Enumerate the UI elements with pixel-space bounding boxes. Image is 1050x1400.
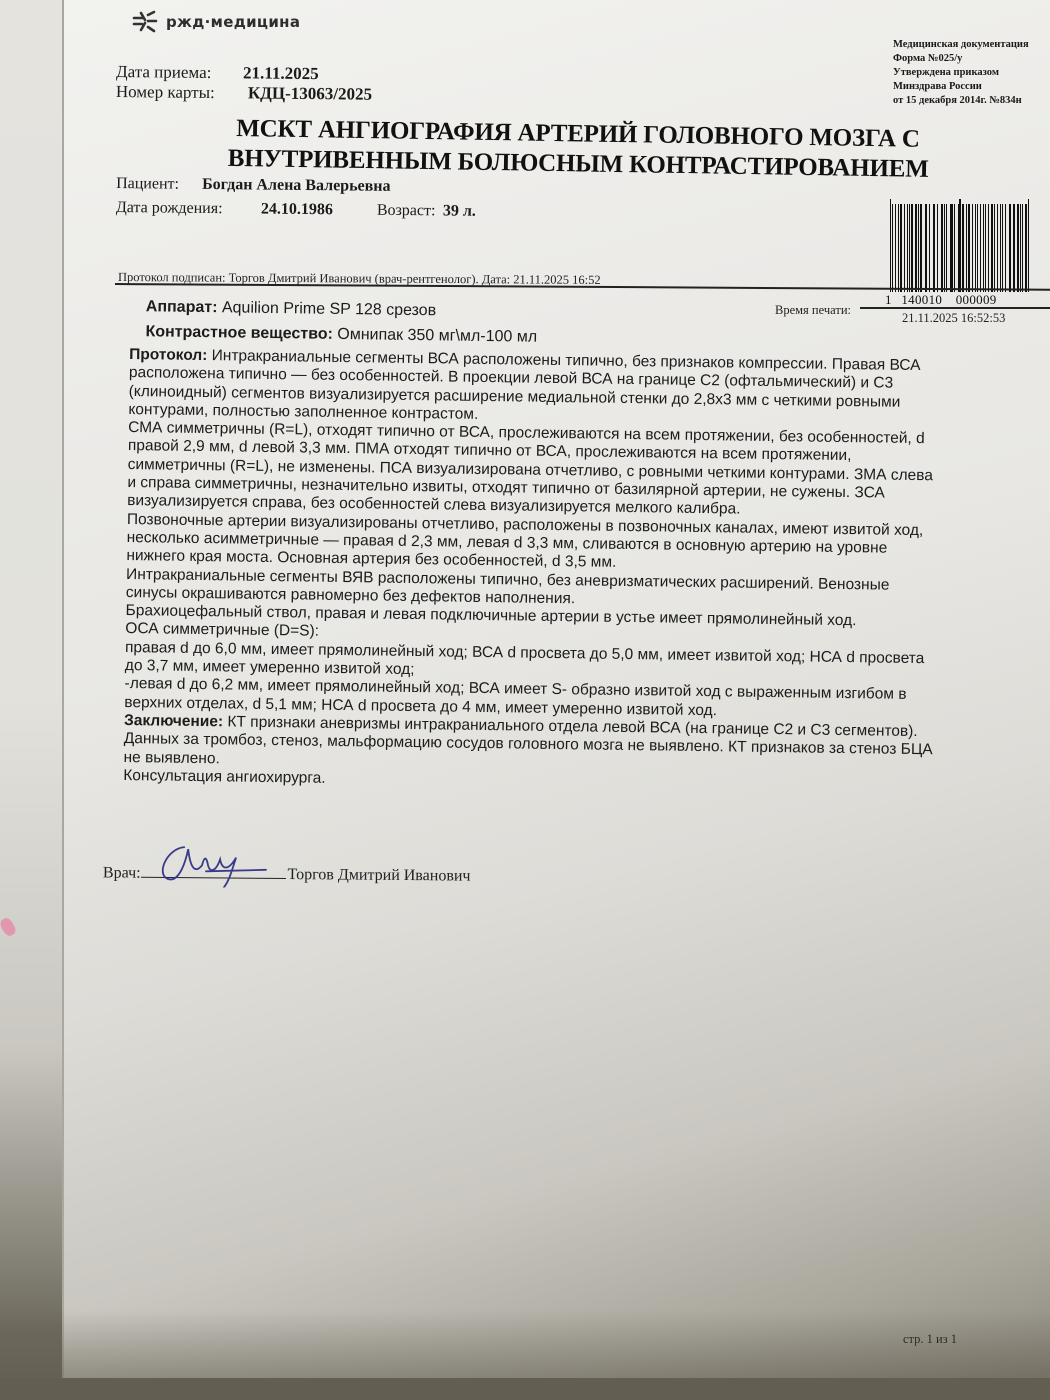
barcode-bar <box>977 204 978 292</box>
barcode-bar <box>966 204 967 292</box>
barcode-bar <box>929 204 930 292</box>
contrast-value: Омнипак 350 мг\мл-100 мл <box>337 326 537 346</box>
form-note-line: Медицинская документация <box>893 38 1048 52</box>
barcode-bar <box>1028 199 1029 292</box>
barcode-bar <box>968 204 970 292</box>
barcode-bar <box>972 204 973 292</box>
form-note-line: от 15 декабря 2014г. №834н <box>893 94 1048 108</box>
barcode-bar <box>1005 204 1006 292</box>
card-number-value: КДЦ-13063/2025 <box>248 81 372 106</box>
barcode-bar <box>1010 204 1011 292</box>
age-label: Возраст: <box>377 199 443 224</box>
protocol-lines: расположена типично — без особенностей. … <box>124 364 1029 724</box>
patient-name-label: Пациент: <box>116 172 202 197</box>
age-value: 39 л. <box>443 199 476 223</box>
barcode-bar <box>900 204 902 292</box>
conclusion-label: Заключение: <box>124 712 223 730</box>
barcode-bar <box>895 204 896 292</box>
barcode-bar <box>983 204 984 292</box>
barcode-bar <box>1009 204 1010 292</box>
rzd-logo-icon <box>132 10 158 34</box>
form-note-line: Форма №025/у <box>893 52 1048 66</box>
barcode-bar <box>1017 204 1018 292</box>
barcode-bar <box>926 204 927 292</box>
patient-name-value: Богдан Алена Валерьевна <box>202 173 391 199</box>
barcode-bar <box>934 204 935 292</box>
visit-info: Дата приема: 21.11.2025 Номер карты: КДЦ… <box>116 60 373 107</box>
barcode-bar <box>918 204 919 292</box>
barcode-bar <box>907 204 908 292</box>
clinic-logo: ржд·медицина <box>132 10 300 34</box>
background-surface <box>0 0 65 1400</box>
barcode-bar <box>991 204 993 292</box>
barcode-bar <box>1022 204 1023 292</box>
protocol-section: Протокол: Интракраниальные сегменты ВСА … <box>124 346 1029 724</box>
barcode <box>890 204 1030 292</box>
barcode-bar <box>925 204 926 292</box>
barcode-bar <box>909 204 910 292</box>
logo-text: ржд·медицина <box>166 13 300 31</box>
barcode-bar <box>1020 204 1021 292</box>
barcode-bar <box>975 204 976 292</box>
card-number-label: Номер карты: <box>116 80 248 105</box>
barcode-digits-right: 000009 <box>956 292 997 307</box>
barcode-bar <box>920 204 922 292</box>
device-label: Аппарат: <box>146 298 218 316</box>
barcode-bar <box>937 204 938 292</box>
doctor-name: Торгов Дмитрий Иванович <box>288 866 471 886</box>
device-value: Aquilion Prime SP 128 срезов <box>222 299 436 319</box>
barcode-bar <box>890 199 891 292</box>
barcode-bar <box>980 204 981 292</box>
doctor-signature-row: Врач: Торгов Дмитрий Иванович <box>103 856 471 885</box>
form-note-line: Утверждена приказом <box>893 66 1048 80</box>
barcode-bar <box>904 204 905 292</box>
card-number-row: Номер карты: КДЦ-13063/2025 <box>116 80 372 107</box>
barcode-bar <box>915 204 916 292</box>
barcode-digit-left: 1 <box>885 292 892 307</box>
protocol-label: Протокол: <box>129 346 207 364</box>
barcode-bar <box>892 204 893 292</box>
barcode-bar <box>1000 204 1001 292</box>
barcode-bar <box>950 204 951 292</box>
barcode-digits-mid: 140010 <box>901 292 942 307</box>
dob-label: Дата рождения: <box>116 196 261 222</box>
barcode-bar <box>1013 204 1015 292</box>
patient-dob-row: Дата рождения: 24.10.1986 Возраст: 39 л. <box>116 196 476 224</box>
barcode-bar <box>997 204 998 292</box>
barcode-bar <box>994 204 995 292</box>
barcode-bar <box>954 204 955 292</box>
dob-value: 24.10.1986 <box>261 198 377 223</box>
barcode-bar <box>958 204 959 292</box>
barcode-bar <box>985 204 986 292</box>
patient-info: Пациент: Богдан Алена Валерьевна Дата ро… <box>116 172 476 224</box>
handwritten-signature-icon <box>145 835 285 888</box>
barcode-bar <box>933 204 934 292</box>
barcode-bar <box>959 199 960 292</box>
barcode-bar <box>962 204 963 292</box>
doctor-label: Врач: <box>103 864 141 882</box>
barcode-bar <box>898 204 899 292</box>
background-surface-bottom <box>0 1378 1050 1400</box>
barcode-bar <box>911 204 912 292</box>
barcode-bar <box>1002 204 1003 292</box>
form-note: Медицинская документация Форма №025/у Ут… <box>893 38 1048 108</box>
barcode-bar <box>951 204 952 292</box>
barcode-number: 1 140010 000009 <box>885 292 997 308</box>
form-note-line: Минздрава России <box>893 80 1048 94</box>
barcode-bar <box>941 204 943 292</box>
barcode-bar <box>944 204 945 292</box>
barcode-bar <box>1025 204 1026 292</box>
barcode-bar <box>988 204 989 292</box>
protocol-body: Аппарат: Aquilion Prime SP 128 срезов Ко… <box>123 296 1030 798</box>
conclusion-section: Заключение: КТ признаки аневризмы интрак… <box>123 712 1024 798</box>
barcode-bar <box>946 204 947 292</box>
contrast-label: Контрастное вещество: <box>145 323 333 343</box>
signature-line <box>141 857 286 879</box>
